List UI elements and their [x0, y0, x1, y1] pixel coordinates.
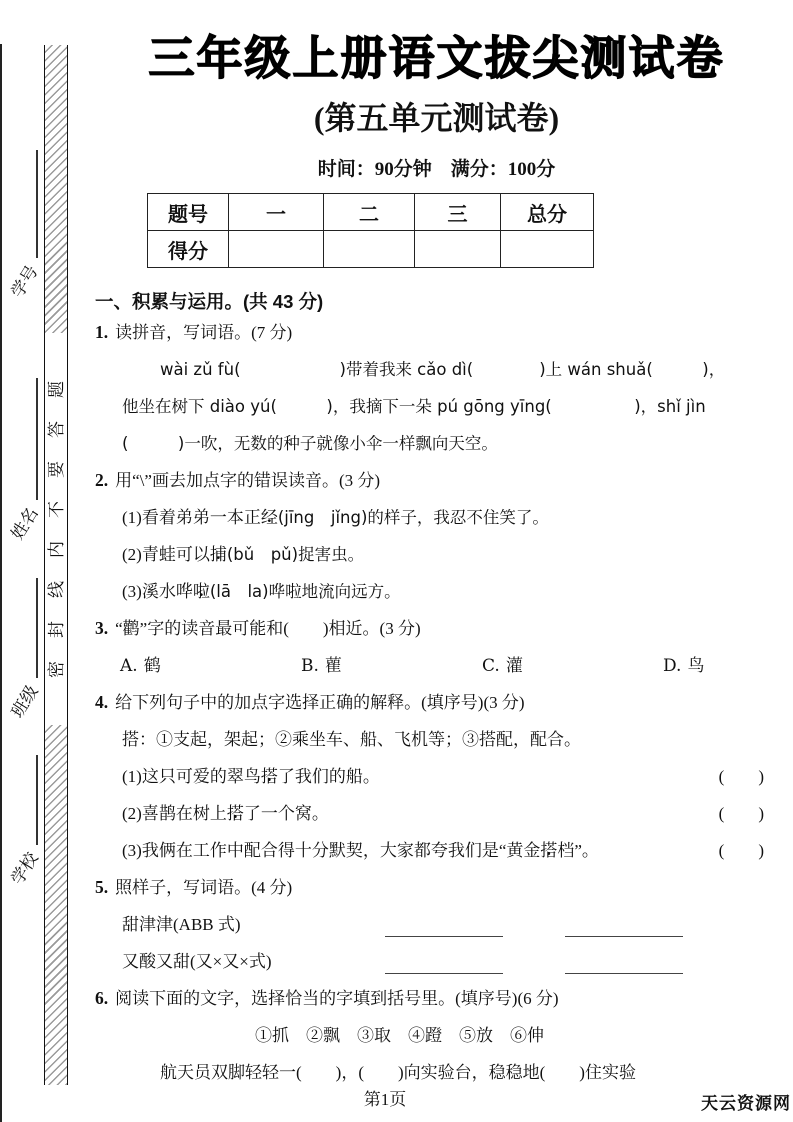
- page-number: 第1页: [95, 1085, 675, 1110]
- score-table-empty-cell: [415, 231, 501, 268]
- score-table-empty-cell: [229, 231, 324, 268]
- sentence: (3)我俩在工作中配合得十分默契，大家都夸我们是“黄金搭档”。: [122, 832, 599, 869]
- answer-blank: [565, 949, 683, 974]
- question-3-options: A.鹤 B.雚 C.灌 D.鸟: [95, 647, 778, 684]
- score-table-cell: 题号: [148, 194, 229, 231]
- score-table-cell: 一: [229, 194, 324, 231]
- question-number: 1.: [95, 322, 108, 342]
- student-id-label: 学号: [3, 259, 42, 301]
- school-label: 学校: [3, 846, 42, 888]
- question-4-definition: 搭：①支起，架起；②乘坐车、船、飞机等；③搭配，配合。: [95, 721, 778, 758]
- dotted-character: 啦: [193, 582, 210, 601]
- score-table-empty-cell: [501, 231, 594, 268]
- seal-char: 封: [48, 621, 65, 638]
- school-blank-line: [36, 755, 38, 845]
- answer-blank: [385, 949, 503, 974]
- seal-char: 内: [48, 541, 65, 558]
- question-1-line-1: wài zǔ fù( )带着我来 cǎo dì( )上 wán shuǎ( )，: [95, 351, 778, 388]
- answer-blank: [565, 912, 683, 937]
- seal-band: 题 答 要 不 内 线 封 密: [44, 45, 68, 1085]
- question-number: 6.: [95, 988, 108, 1008]
- question-5-row-2: 又酸又甜(又×又×式): [95, 943, 778, 980]
- class-label: 班级: [3, 679, 42, 721]
- question-number: 4.: [95, 692, 108, 712]
- dotted-character: 搭: [261, 767, 278, 786]
- dotted-character: 搭: [540, 841, 557, 860]
- question-2-item-2: (2)青蛙可以捕(bǔ pǔ)捉害虫。: [95, 536, 778, 573]
- question-5-title: 5.照样子，写词语。(4 分): [95, 869, 778, 906]
- question-5-row-1: 甜津津(ABB 式): [95, 906, 778, 943]
- answer-bracket: ( ): [719, 795, 764, 832]
- option-b: B.雚: [301, 647, 482, 684]
- option-c: C.灌: [482, 647, 663, 684]
- student-id-blank-line: [36, 150, 38, 258]
- question-1-title: 1.读拼音，写词语。(7 分): [95, 314, 778, 351]
- question-number: 3.: [95, 618, 108, 638]
- question-4-item-1: (1)这只可爱的翠鸟搭了我们的船。 ( ): [95, 758, 778, 795]
- paper-content: 三年级上册语文拔尖测试卷 (第五单元测试卷) 时间：90分钟 满分：100分 题…: [95, 0, 778, 1091]
- site-watermark: 天云资源网: [701, 1089, 791, 1114]
- student-name-label: 姓名: [3, 501, 42, 543]
- score-table-header-row: 题号 一 二 三 总分: [148, 194, 594, 231]
- question-number: 5.: [95, 877, 108, 897]
- answer-bracket: ( ): [719, 832, 764, 869]
- score-table-cell: 得分: [148, 231, 229, 268]
- seal-hatch-bottom: [45, 725, 67, 1085]
- dotted-character: 搭: [227, 804, 244, 823]
- seal-hatch-top: [45, 45, 67, 333]
- question-2-item-3: (3)溪水哗啦(lā la)哗啦地流向远方。: [95, 573, 778, 610]
- question-number: 2.: [95, 470, 108, 490]
- example-word: 又酸又甜(又×又×式): [122, 943, 385, 980]
- score-table-empty-cell: [324, 231, 415, 268]
- seal-char: 不: [48, 501, 65, 518]
- question-2-title: 2.用“\”画去加点字的错误读音。(3 分): [95, 462, 778, 499]
- paper-title: 三年级上册语文拔尖测试卷: [95, 28, 778, 88]
- score-table-cell: 三: [415, 194, 501, 231]
- question-4-item-3: (3)我俩在工作中配合得十分默契，大家都夸我们是“黄金搭档”。 ( ): [95, 832, 778, 869]
- score-table: 题号 一 二 三 总分 得分: [147, 193, 594, 268]
- option-a: A.鹤: [120, 647, 301, 684]
- seal-char: 要: [48, 461, 65, 478]
- sentence: (2)喜鹊在树上搭了一个窝。: [122, 795, 329, 832]
- question-2-item-1: (1)看着弟弟一本正经(jīng jǐng)的样子，我忍不住笑了。: [95, 499, 778, 536]
- question-6-title: 6.阅读下面的文字，选择恰当的字填到括号里。(填序号)(6 分): [95, 980, 778, 1017]
- question-4-title: 4.给下列句子中的加点字选择正确的解释。(填序号)(3 分): [95, 684, 778, 721]
- dotted-character: 捕: [210, 545, 227, 564]
- dotted-character: 经: [261, 508, 278, 527]
- answer-blank: [385, 912, 503, 937]
- time-score-info: 时间：90分钟 满分：100分: [95, 154, 778, 181]
- seal-char: 线: [48, 581, 65, 598]
- question-6-options: ①抓 ②飘 ③取 ④蹬 ⑤放 ⑥伸: [95, 1017, 778, 1054]
- class-blank-line: [36, 578, 38, 678]
- answer-bracket: ( ): [719, 758, 764, 795]
- seal-char: 答: [48, 421, 65, 438]
- score-table-cell: 总分: [501, 194, 594, 231]
- section-1-heading: 一、积累与运用。(共 43 分): [95, 290, 778, 314]
- sentence: (1)这只可爱的翠鸟搭了我们的船。: [122, 758, 380, 795]
- score-table-score-row: 得分: [148, 231, 594, 268]
- seal-char: 密: [48, 661, 65, 678]
- question-4-item-2: (2)喜鹊在树上搭了一个窝。 ( ): [95, 795, 778, 832]
- question-1-line-2: 他坐在树下 diào yú( )，我摘下一朵 pú gōng yīng( )，s…: [95, 388, 778, 425]
- question-3-title: 3.“鹳”字的读音最可能和( )相近。(3 分): [95, 610, 778, 647]
- score-table-cell: 二: [324, 194, 415, 231]
- seal-line-text: 题 答 要 不 内 线 封 密: [45, 333, 67, 725]
- student-name-blank-line: [36, 378, 38, 500]
- question-1-line-3: ( )一吹，无数的种子就像小伞一样飘向天空。: [95, 425, 778, 462]
- page-edge-line: [0, 44, 2, 1122]
- paper-subtitle: (第五单元测试卷): [95, 98, 778, 138]
- test-paper-page: 学号 姓名 班级 学校 题 答 要 不 内 线 封 密 三年级上册语文拔尖测试卷…: [0, 0, 793, 1122]
- seal-char: 题: [48, 381, 65, 398]
- option-d: D.鸟: [663, 647, 704, 684]
- example-word: 甜津津(ABB 式): [122, 906, 385, 943]
